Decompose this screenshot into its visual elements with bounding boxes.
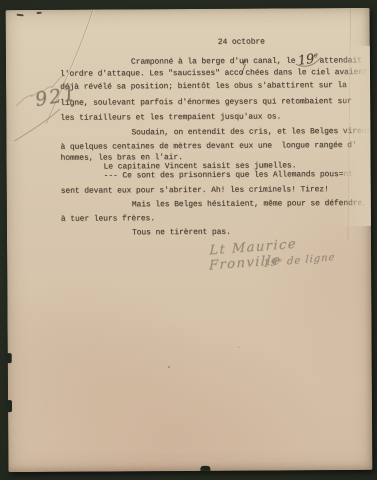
typed-line: les tirailleurs et les trempaient jusqu'… xyxy=(60,112,281,123)
paper-page: 24 octobre Cramponné à la berge d'un can… xyxy=(6,8,373,472)
typed-line: l'ordre d'attaque. Les "saucisses" accor… xyxy=(60,66,368,80)
typed-line-text: Cramponné à la berge d'un canal, le xyxy=(131,57,296,67)
scan-fade-band xyxy=(340,46,371,226)
typed-line: déjà révélé sa position; bientôt les obu… xyxy=(60,81,347,93)
handwritten-regiment-insert: 19e xyxy=(295,51,320,66)
typed-line: --- Ce sont des prisonniers que les Alle… xyxy=(104,170,353,182)
handwritten-letter-insert: r xyxy=(243,67,245,75)
pencil-dash-mark xyxy=(37,12,42,14)
scan-backdrop: 24 octobre Cramponné à la berge d'un can… xyxy=(0,0,377,480)
edge-notch xyxy=(6,400,12,412)
paper-speck xyxy=(238,347,240,348)
typed-line-text: l'ordre d'attaque. Les "saucisses" acco xyxy=(60,69,243,79)
typed-line: à tuer leurs frères. xyxy=(61,214,155,225)
typed-line: à quelques centaines de mètres devant eu… xyxy=(60,141,356,153)
paper-speck xyxy=(168,366,170,368)
inserted-letter: r xyxy=(242,58,246,68)
edge-notch xyxy=(6,353,12,363)
typed-line-text: --- Ce sont des prisonniers que les Alle… xyxy=(104,170,344,180)
date-heading: 24 octobre xyxy=(218,38,265,48)
regiment-suffix: e xyxy=(313,51,318,59)
typed-line: sent devant eux pour s'abriter. Ah! les … xyxy=(61,185,329,197)
typed-line: ligne, soulevant parfois d'énormes geyse… xyxy=(60,97,352,109)
typed-line: Mais les Belges hésitaient, même pour se… xyxy=(132,199,367,210)
typed-line: Tous ne tirèrent pas. xyxy=(132,228,231,239)
typed-line: Soudain, on entendit des cris, et les Be… xyxy=(131,127,371,138)
edge-notch xyxy=(200,466,210,471)
